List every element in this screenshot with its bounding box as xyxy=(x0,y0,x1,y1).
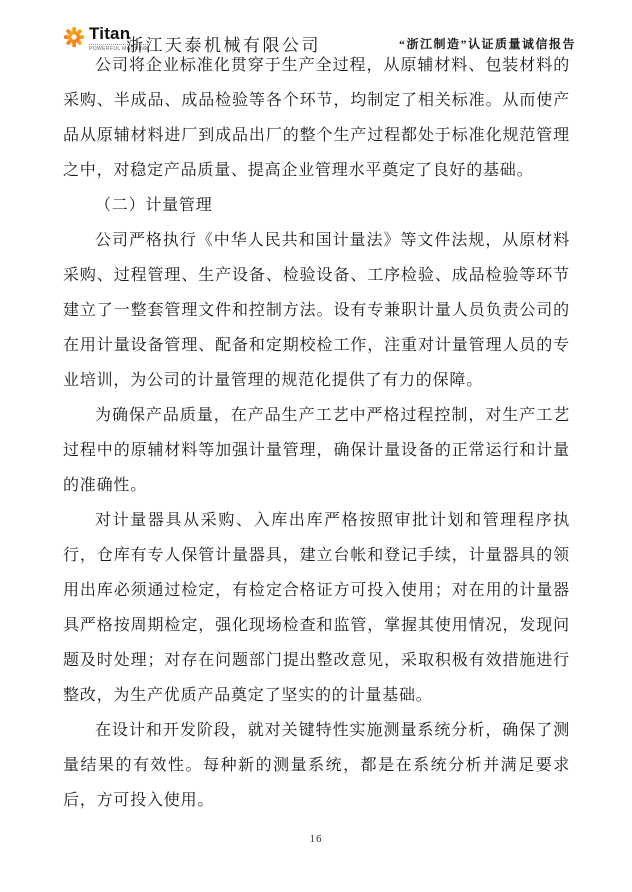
document-page: Titan POWERFUL MACHINE 浙江天泰机械有限公司 “浙江制造”… xyxy=(0,0,632,892)
paragraph-metrology-law: 公司严格执行《中华人民共和国计量法》等文件法规，从原材料采购、过程管理、生产设备… xyxy=(63,223,570,398)
document-body: 公司将企业标准化贯穿于生产全过程，从原辅材料、包装材料的采购、半成品、成品检验等… xyxy=(63,48,570,818)
page-number: 16 xyxy=(0,833,632,845)
paragraph-measuring-instruments: 对计量器具从采购、入库出库严格按照审批计划和管理程序执行，仓库有专人保管计量器具… xyxy=(63,503,570,713)
paragraph-measurement-system-analysis: 在设计和开发阶段，就对关键特性实施测量系统分析，确保了测量结果的有效性。每种新的… xyxy=(63,713,570,818)
section-heading-measurement-management: （二）计量管理 xyxy=(63,188,570,223)
gear-icon xyxy=(63,26,85,48)
paragraph-process-control: 为确保产品质量，在产品生产工艺中严格过程控制，对生产工艺过程中的原辅材料等加强计… xyxy=(63,398,570,503)
paragraph-standardization: 公司将企业标准化贯穿于生产全过程，从原辅材料、包装材料的采购、半成品、成品检验等… xyxy=(63,48,570,188)
